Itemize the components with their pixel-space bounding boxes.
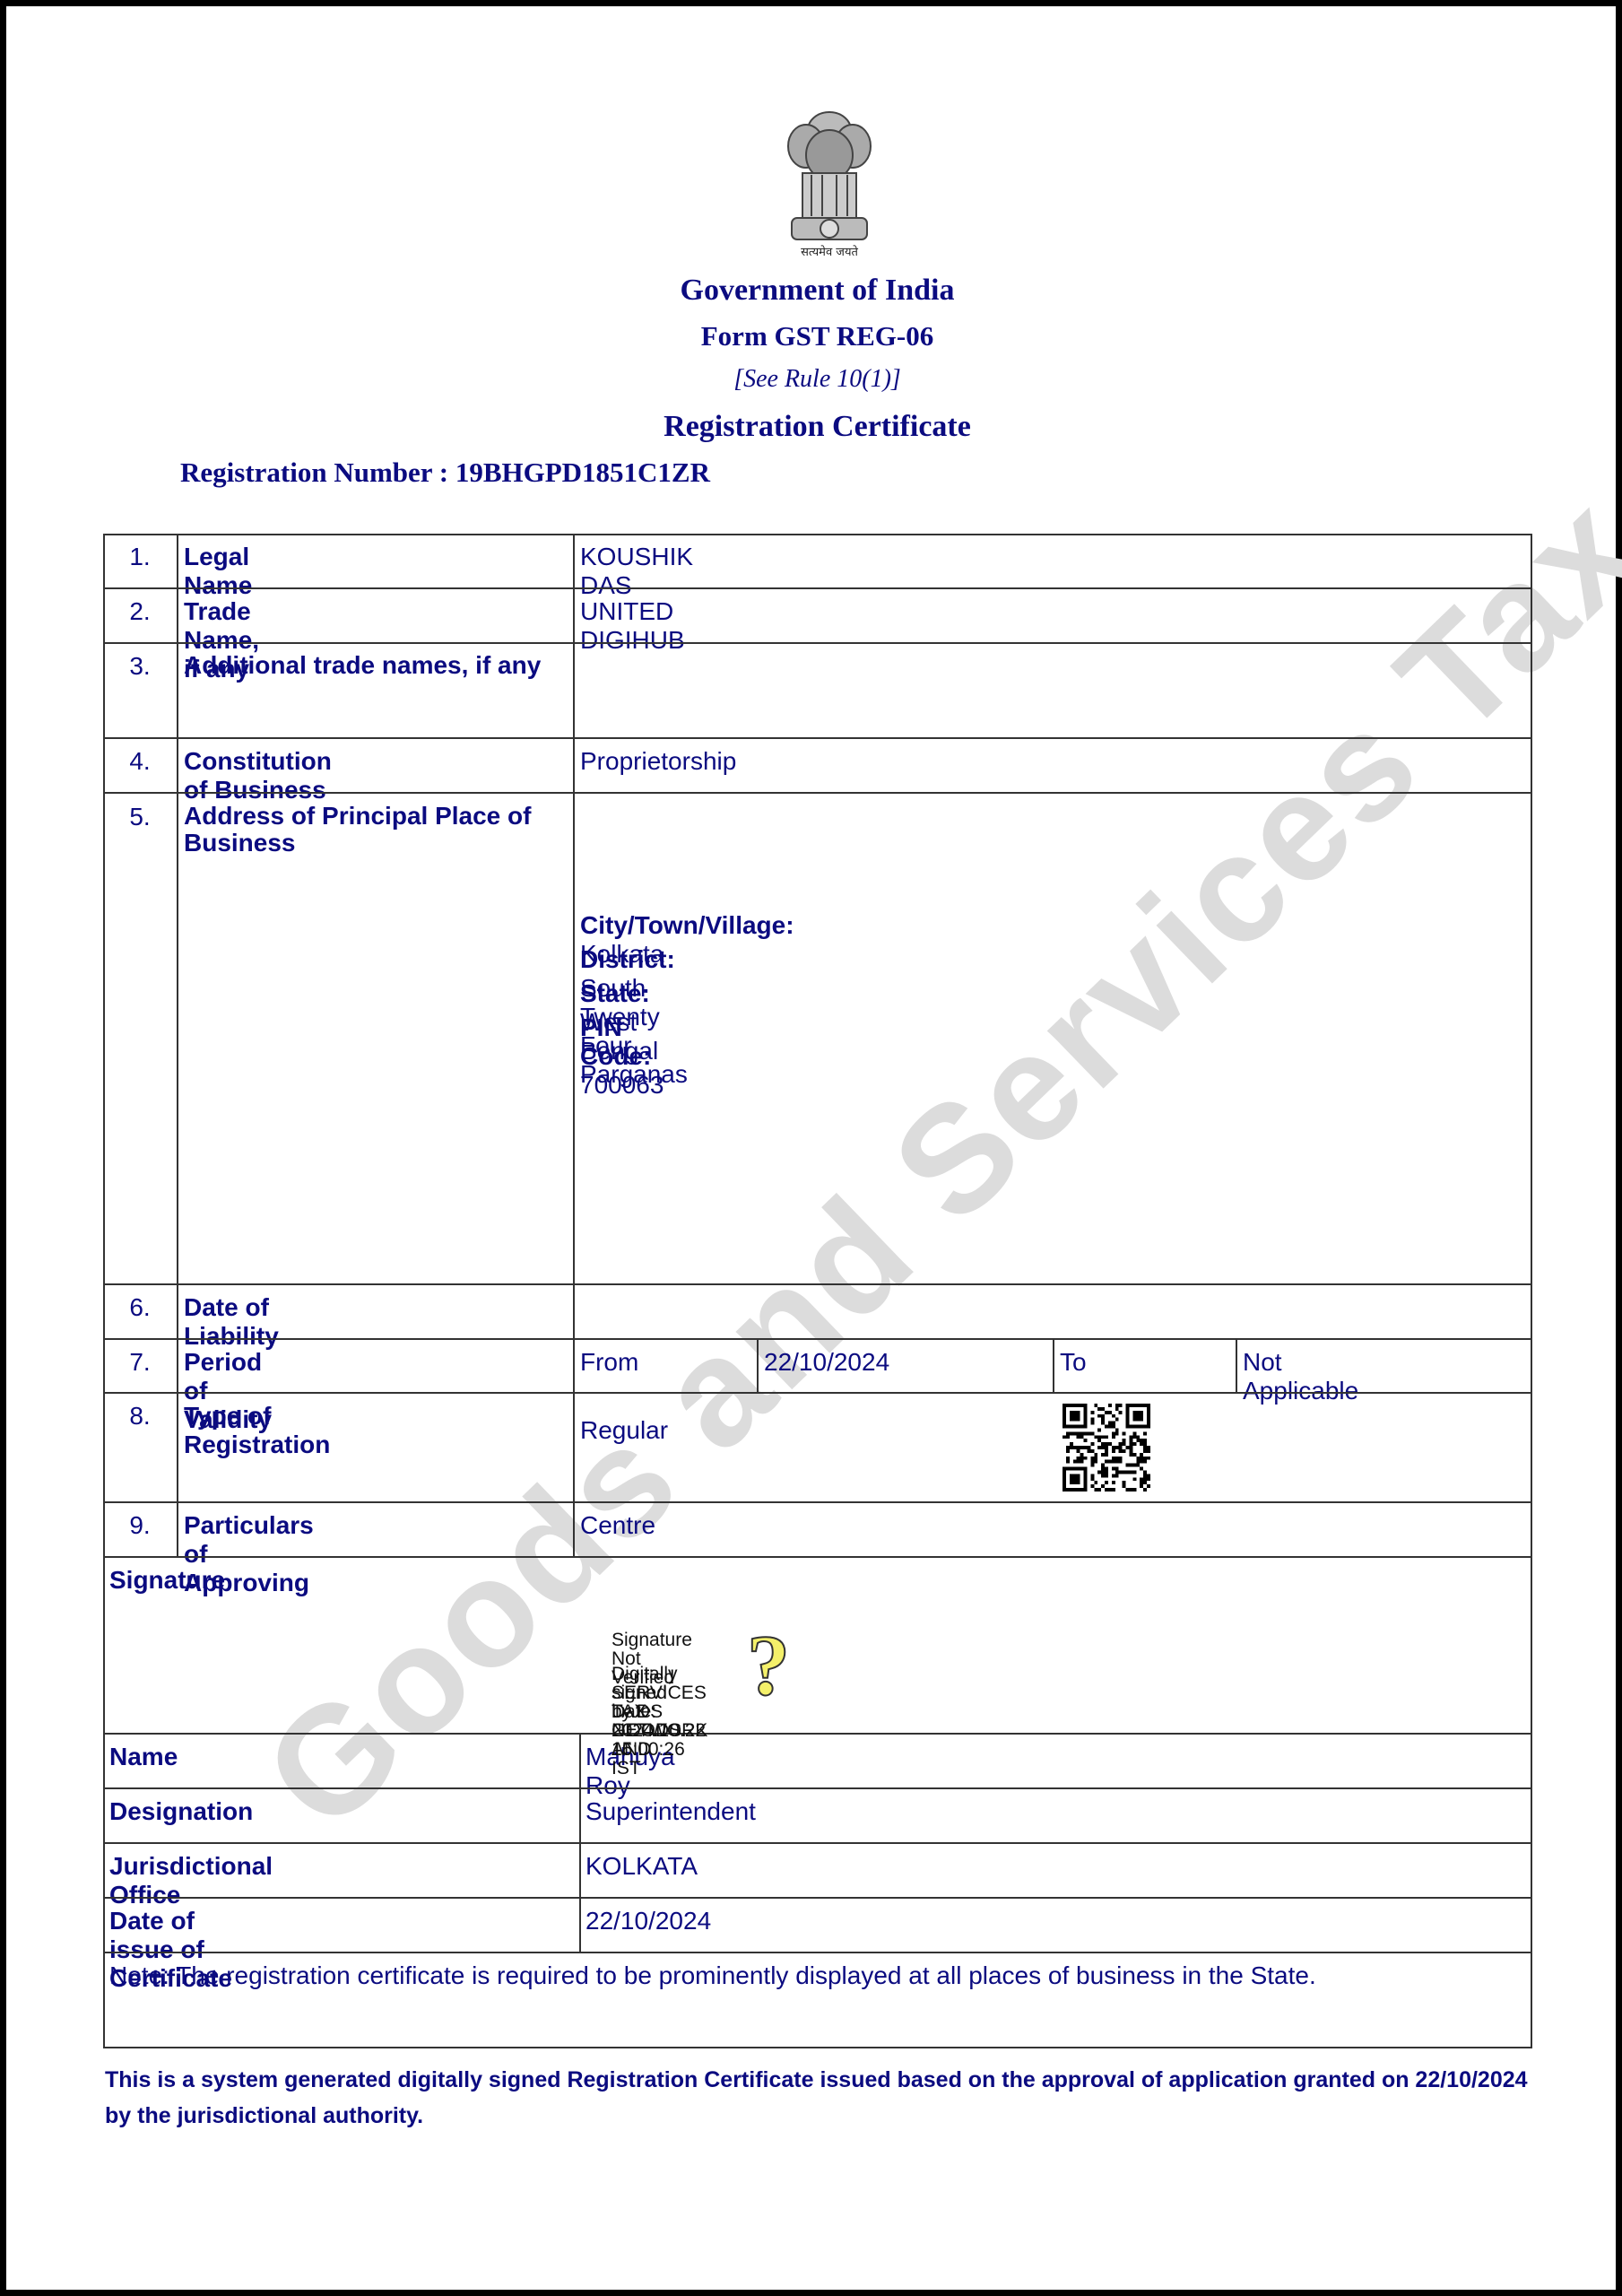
value-type-of-registration: Regular (580, 1416, 668, 1445)
value-date-of-issue: 22/10/2024 (585, 1907, 711, 1935)
certificate-page: सत्यमेव जयते Government of India Form GS… (0, 0, 1622, 2296)
svg-text:सत्यमेव जयते: सत्यमेव जयते (801, 245, 858, 259)
form-title: Form GST REG-06 (6, 320, 1622, 352)
row-number: 1. (103, 543, 177, 571)
registration-number-label: Registration Number : (180, 457, 448, 488)
row-number: 7. (103, 1348, 177, 1377)
value-designation: Superintendent (585, 1797, 756, 1826)
label-officer-name: Name (109, 1743, 178, 1771)
row-number: 3. (103, 652, 177, 681)
label-additional-trade-names: Additional trade names, if any (184, 652, 560, 679)
value-constitution: Proprietorship (580, 747, 736, 776)
validity-from-label: From (580, 1348, 638, 1377)
validity-to-label: To (1060, 1348, 1087, 1377)
question-mark-icon[interactable]: ? (747, 1622, 790, 1709)
address-pin: PIN Code: 700063 (580, 1013, 664, 1100)
row-number: 6. (103, 1293, 177, 1322)
validity-from-date: 22/10/2024 (764, 1348, 889, 1377)
row-number: 2. (103, 597, 177, 626)
value-jurisdictional-office: KOLKATA (585, 1852, 698, 1881)
signature-date: Date: 2024.10.22 16:00:26 IST (612, 1702, 706, 1778)
government-title: Government of India (6, 274, 1622, 308)
label-designation: Designation (109, 1797, 253, 1826)
national-emblem-icon: सत्यमेव जयते (767, 103, 892, 261)
rule-reference: [See Rule 10(1)] (6, 365, 1622, 394)
row-number: 9. (103, 1511, 177, 1540)
row-number: 4. (103, 747, 177, 776)
row-number: 8. (103, 1402, 177, 1431)
label-type-of-registration: Type of Registration (184, 1402, 330, 1459)
registration-number: Registration Number : 19BHGPD1851C1ZR (180, 457, 710, 489)
signature-label: Signature (109, 1566, 225, 1595)
certificate-title: Registration Certificate (6, 410, 1622, 444)
label-address: Address of Principal Place of Business (184, 803, 569, 857)
qr-code-icon[interactable] (1063, 1404, 1150, 1492)
registration-number-value: 19BHGPD1851C1ZR (455, 457, 710, 488)
note-text: Note: The registration certificate is re… (109, 1961, 1526, 1990)
value-particulars-of-approving: Centre (580, 1511, 655, 1540)
row-number: 5. (103, 803, 177, 831)
signature-block (103, 1556, 1532, 1735)
footer-statement: This is a system generated digitally sig… (105, 2062, 1540, 2134)
